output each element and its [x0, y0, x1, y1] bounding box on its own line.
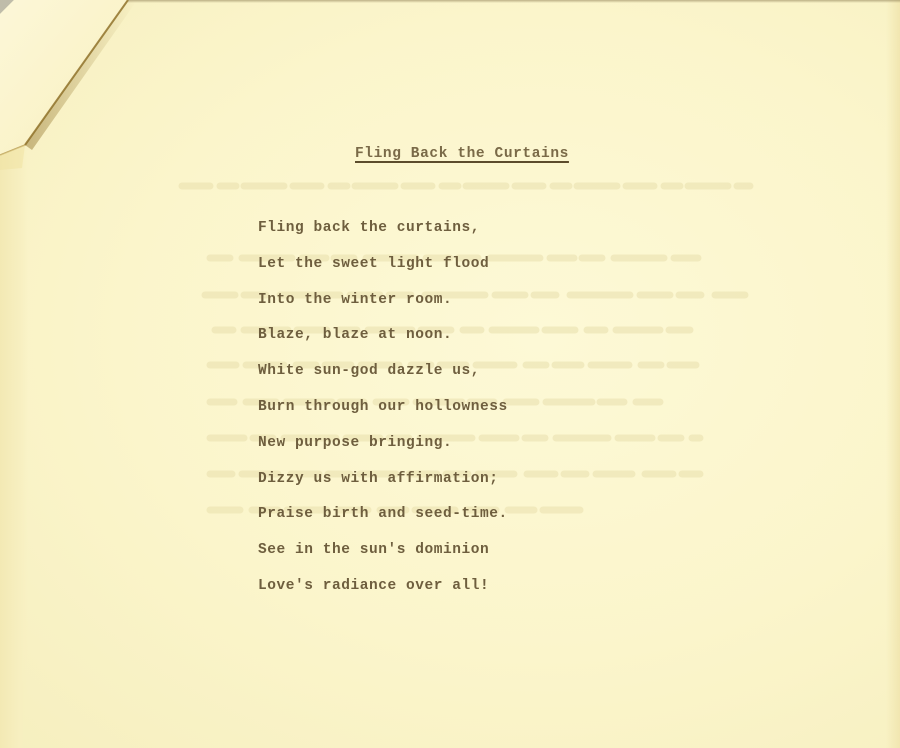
typewritten-page: Fling Back the Curtains Fling back the c…: [0, 0, 900, 748]
poem-title: Fling Back the Curtains: [355, 146, 569, 162]
folded-corner: [0, 0, 140, 170]
poem-line: Love's radiance over all!: [258, 576, 508, 612]
poem-line: Blaze, blaze at noon.: [258, 325, 508, 361]
poem-line: See in the sun's dominion: [258, 540, 508, 576]
poem-line: Praise birth and seed-time.: [258, 504, 508, 540]
poem-line: Into the winter room.: [258, 290, 508, 326]
poem-line: New purpose bringing.: [258, 433, 508, 469]
poem-line: Burn through our hollowness: [258, 397, 508, 433]
poem-line: Dizzy us with affirmation;: [258, 469, 508, 505]
poem-line: Fling back the curtains,: [258, 218, 508, 254]
poem-line: Let the sweet light flood: [258, 254, 508, 290]
poem-body: Fling back the curtains, Let the sweet l…: [258, 218, 508, 612]
page-top-edge: [128, 0, 900, 3]
poem-line: White sun-god dazzle us,: [258, 361, 508, 397]
page-right-edge: [886, 0, 900, 748]
page-left-edge: [0, 150, 28, 748]
